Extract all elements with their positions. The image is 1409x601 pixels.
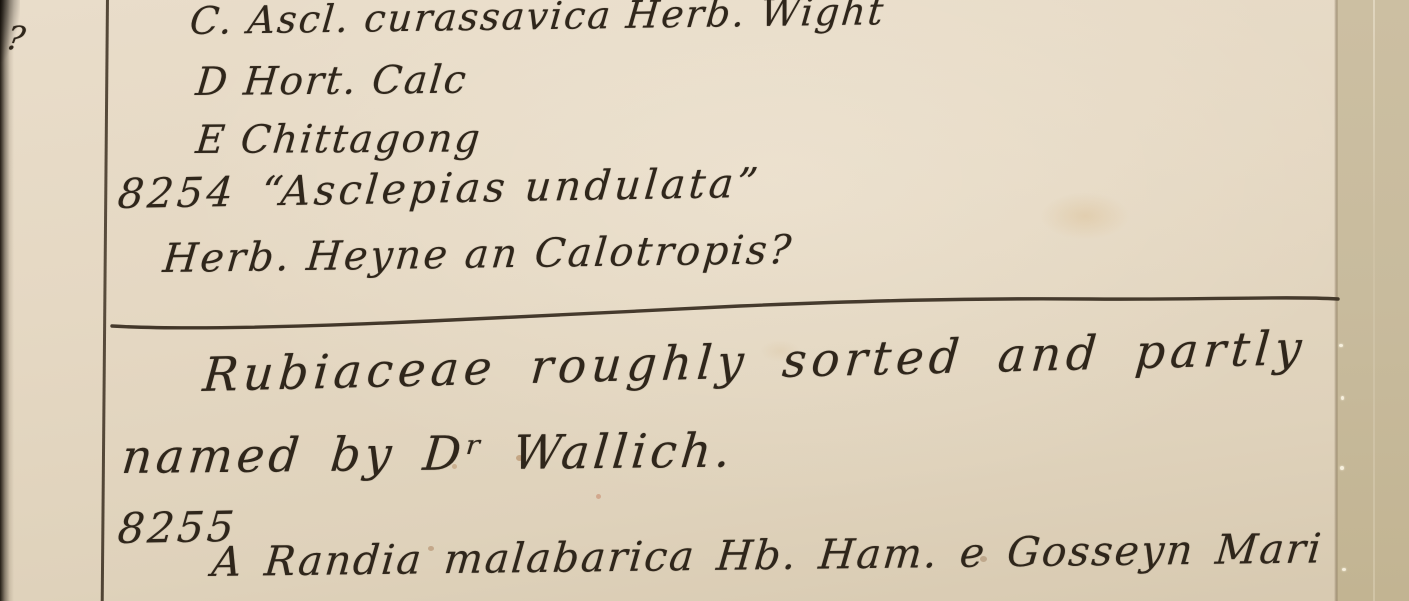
deckle-speck <box>1339 344 1343 347</box>
entry-line-c-text: C. Ascl. curassavica Herb. Wight <box>188 0 887 43</box>
deckle-speck <box>1340 466 1344 470</box>
entry-line-e: E Chittagong <box>196 117 482 163</box>
foxing-spot <box>596 494 601 499</box>
entry-8255-line-a: A Randia malabarica Hb. Ham. e Gosseyn M… <box>212 524 1323 586</box>
entry-line-c: C. Ascl. curassavica Herb. Wight <box>190 0 886 43</box>
deckle-speck <box>1342 568 1346 571</box>
entry-8254-species-name: “Asclepias undulata” <box>260 159 764 216</box>
manuscript-scan: ? C. Ascl. curassavica Herb. Wight D Hor… <box>0 0 1409 601</box>
rubiaceae-heading-line2: named by Dʳ Wallich. <box>122 424 735 485</box>
margin-rule-line <box>101 0 109 601</box>
query-mark-text: ? <box>4 18 28 58</box>
entry-line-e-text: E Chittagong <box>194 116 484 163</box>
entry-line-d-text: D Hort. Calc <box>194 58 470 105</box>
entry-8254-line: 8254“Asclepias undulata” <box>118 159 763 218</box>
page-gutter-shadow <box>0 0 14 601</box>
entry-line-d: D Hort. Calc <box>196 58 468 105</box>
page-edge-strip <box>1337 0 1409 601</box>
entry-8254-note-text: Herb. Heyne an Calotropis? <box>161 227 795 282</box>
entry-8254-note: Herb. Heyne an Calotropis? <box>163 227 794 282</box>
deckle-speck <box>1341 396 1344 400</box>
page-edge-line <box>1334 0 1338 601</box>
rubiaceae-heading-line2-text: named by Dʳ Wallich. <box>119 424 736 485</box>
paper-stain <box>1040 192 1130 240</box>
rubiaceae-heading-line1: Rubiaceae roughly sorted and partly <box>202 321 1307 403</box>
page-edge-crease <box>1373 0 1375 601</box>
rubiaceae-heading-line1-text: Rubiaceae roughly sorted and partly <box>201 321 1309 403</box>
marginal-query-mark: ? <box>6 18 26 58</box>
entry-8255-line-a-text: A Randia malabarica Hb. Ham. e Gosseyn M… <box>210 524 1325 586</box>
entry-8254-number: 8254 <box>116 168 239 218</box>
